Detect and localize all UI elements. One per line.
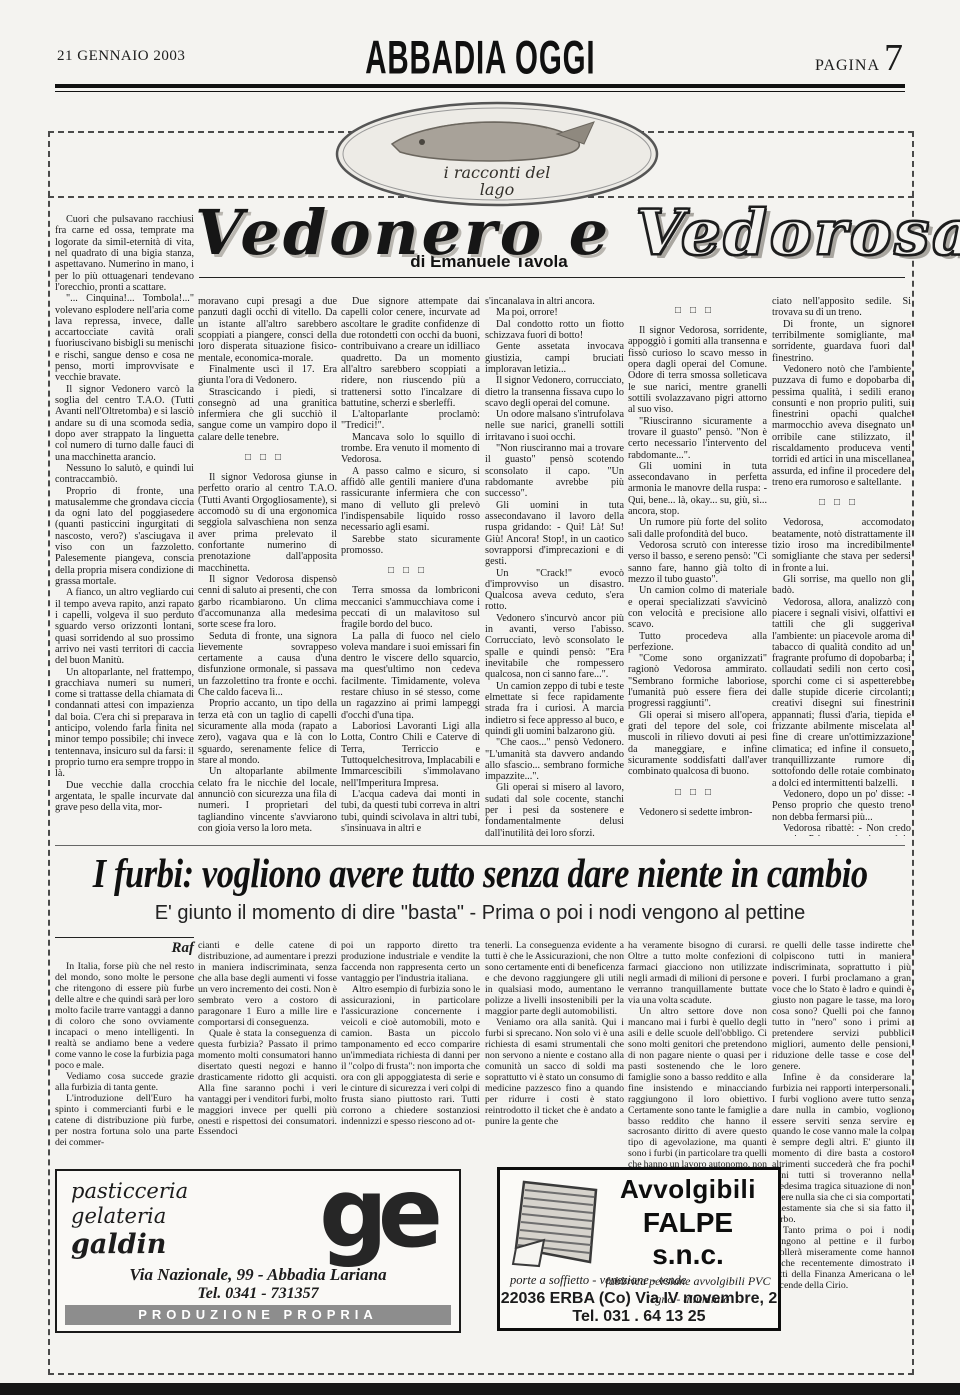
story-column-5: □□□Il signor Vedorosa, sorridente, appog… (628, 296, 767, 836)
paragraph: Vedorosa ribattè: - Non credo proprio. P… (772, 823, 911, 836)
paragraph: Un camion zeppo di tubi e teste elmettat… (485, 681, 624, 738)
paragraph: moravano cupi presagi a due panzuti dagl… (198, 296, 337, 364)
paragraph: Il signor Vedorosa dispensò cenni di sal… (198, 574, 337, 631)
section-separator: □□□ (198, 452, 337, 463)
paragraph: s'incanalava in altri ancora. (485, 296, 624, 307)
paragraph: Vedonero, dopo un po' disse: - Penso pro… (772, 789, 911, 823)
paragraph: L'altoparlante proclamò: "Tredici!". (341, 409, 480, 432)
paragraph: Veniamo ora alla sanità. Qui i furbi si … (485, 1018, 624, 1128)
galdin-line-galdin: galdin (71, 1229, 188, 1261)
story-column-6: ciato nell'apposito sedile. Si trovava s… (772, 296, 911, 836)
paragraph: "... Cinquina!... Tombola!..." volevano … (55, 293, 194, 384)
galdin-address: Via Nazionale, 99 - Abbadia Lariana (57, 1265, 459, 1285)
paragraph: Quale è stata la conseguenza di questa f… (198, 1029, 337, 1139)
paragraph: Il signor Vedorosa, sorridente, appoggiò… (628, 325, 767, 416)
paragraph: Vedonero si sedette imbron- (628, 807, 767, 818)
editorial-column-3: poi un rapporto diretto tra produzione i… (341, 941, 480, 1182)
paragraph: Gente assetata invocava giustizia, campi… (485, 341, 624, 375)
shutter-illustration (508, 1178, 603, 1275)
masthead-rule-thin (55, 91, 905, 92)
paragraph: La palla di fuoco nel cielo voleva manda… (341, 631, 480, 722)
paragraph: Un altro settore dove non mancano mai i … (628, 1007, 767, 1183)
headline-rule (55, 845, 905, 846)
paragraph: "Che caos..." pensò Vedonero. "L'umanità… (485, 737, 624, 782)
falpe-title-avvolgibili: Avvolgibili (604, 1174, 772, 1205)
editorial-column-2: cianti e delle catene di distribuzione, … (198, 941, 337, 1182)
paragraph: Gli uomini in tuta assecondavano il lavo… (485, 500, 624, 568)
paragraph: Vedorosa, allora, analizzò con piacere i… (772, 597, 911, 789)
editorial-subhead: E' giunto il momento di dire "basta" - P… (0, 902, 960, 925)
paragraph: "Non riusciranno mai a trovare il guasto… (485, 443, 624, 500)
paragraph: Tanto prima o poi i nodi vengono al pett… (772, 1226, 911, 1292)
galdin-line-gelateria: gelateria (71, 1204, 188, 1229)
paragraph: Un altoparlante, nel frattempo, gracchia… (55, 667, 194, 780)
paragraph: Sarebbe stato sicuramente promosso. (341, 534, 480, 557)
galdin-logo: ge (319, 1157, 433, 1269)
paragraph: Gli uomini in tuta assecondavano in perf… (628, 461, 767, 518)
paragraph: Proprio accanto, un tipo della terza età… (198, 698, 337, 766)
paragraph: A passo calmo e sicuro, si affidò alle g… (341, 466, 480, 534)
paragraph: Dal condotto rotto un fiotto schizzava f… (485, 319, 624, 342)
paragraph: Gli operai si misero al lavoro, sudati d… (485, 782, 624, 836)
story-column-4: s'incanalava in altri ancora.Ma poi, orr… (485, 296, 624, 836)
editorial-headline-text: I furbi: vogliono avere tutto senza dare… (93, 849, 868, 897)
galdin-phone: Tel. 0341 - 731357 (57, 1285, 459, 1303)
paragraph: Proprio di fronte, una matusalemme che g… (55, 486, 194, 588)
racconti-del-lago-logo: i racconti del lago (332, 100, 662, 208)
newspaper-page: 21 GENNAIO 2003 ABBADIA OGGI PAGINA 7 i … (0, 0, 960, 1395)
story-column-2: moravano cupi presagi a due panzuti dagl… (198, 296, 337, 836)
paragraph: Finalmente uscì il 17. Era giunta l'ora … (198, 364, 337, 387)
paragraph: Vedonero notò che l'ambiente puzzava di … (772, 364, 911, 488)
paragraph: poi un rapporto diretto tra produzione i… (341, 941, 480, 985)
story-column-3: Due signore attempate dai capelli color … (341, 296, 480, 836)
paragraph: Infine è da considerare la furbizia nei … (772, 1073, 911, 1227)
galdin-name-block: pasticceria gelateria galdin (71, 1179, 188, 1260)
page-number-block: PAGINA 7 (815, 36, 903, 80)
paragraph: Il signor Vedorosa giunse in perfetto or… (198, 472, 337, 574)
section-separator: □□□ (772, 497, 911, 508)
paragraph: Terra smossa da lombriconi meccanici s'a… (341, 585, 480, 630)
page-label: PAGINA (815, 57, 880, 74)
section-separator: □□□ (341, 565, 480, 576)
scan-edge-strip (0, 1383, 960, 1395)
falpe-sub-porte: porte a soffietto - veneziane - tende (510, 1273, 686, 1288)
galdin-line-pasticceria: pasticceria (71, 1179, 188, 1204)
paragraph: Vediamo cosa succede grazie alla furbizi… (55, 1072, 194, 1094)
paragraph: "Come sono organizzati" ragionò Vedorosa… (628, 653, 767, 710)
paragraph: Un camion colmo di materiale e operai sp… (628, 585, 767, 630)
masthead-rule-thick (55, 84, 905, 88)
section-separator: □□□ (628, 787, 767, 798)
paragraph: Laboriosi Lavoranti Ligi alla Lotta, Con… (341, 721, 480, 789)
story-title-vedorosa: Vedorosa (636, 196, 960, 269)
paragraph: Due signore attempate dai capelli color … (341, 296, 480, 409)
story-title: Vedonero e Vedorosa (195, 196, 910, 292)
paragraph: Due vecchie dalla crocchia argentata, le… (55, 780, 194, 814)
paragraph: Un "Crack!" evocò d'improvviso un disast… (485, 568, 624, 613)
paragraph: Vedonero s'incurvò ancor più in avanti, … (485, 613, 624, 681)
paragraph: cianti e delle catene di distribuzione, … (198, 941, 337, 1029)
paragraph: In Italia, forse più che nel resto del m… (55, 962, 194, 1072)
paragraph: Mancava solo lo squillo di trombe. Era v… (341, 432, 480, 466)
paragraph: re quelli delle tasse indirette che colp… (772, 941, 911, 1073)
paragraph: Di fronte, un signore terribilmente somi… (772, 319, 911, 364)
author-rule (55, 937, 194, 938)
paragraph: Vedorosa scrutò con interesse verso il b… (628, 540, 767, 585)
paragraph: Altro esempio di furbizia sono le assicu… (341, 985, 480, 1128)
paragraph: Strascicando i piedi, si consegnò ad una… (198, 387, 337, 444)
paragraph: ciato nell'apposito sedile. Si trovava s… (772, 296, 911, 319)
editorial-column-1: In Italia, forse più che nel resto del m… (55, 962, 194, 1182)
paragraph: "Riusciranno sicuramente a trovare il gu… (628, 416, 767, 461)
falpe-phone: Tel. 031 . 64 13 25 (500, 1308, 778, 1326)
logo-caption-line2: lago (480, 180, 515, 199)
paragraph: Un rumore più forte del solito salì dall… (628, 517, 767, 540)
ad-falpe: Avvolgibili FALPE s.n.c. fabbrica persia… (497, 1167, 781, 1331)
paragraph: Gli sorrise, ma quello non gli badò. (772, 574, 911, 597)
paragraph: Cuori che pulsavano racchiusi fra carne … (55, 214, 194, 293)
paragraph: Il signor Vedonero varcò la soglia del c… (55, 384, 194, 463)
paragraph: L'introduzione dell'Euro ha spinto i com… (55, 1094, 194, 1149)
paragraph: Tutto procedeva alla perfezione. (628, 631, 767, 654)
paragraph: Seduta di fronte, una signora lievemente… (198, 631, 337, 699)
section-separator: □□□ (628, 305, 767, 316)
paragraph: Nessuno lo salutò, e quindi lui contracc… (55, 463, 194, 486)
paragraph: ha veramente bisogno di curarsi. Oltre a… (628, 941, 767, 1007)
paragraph: Un altoparlante abilmente celato fra le … (198, 766, 337, 834)
story-column-1: Cuori che pulsavano racchiusi fra carne … (55, 214, 194, 836)
editorial-headline: I furbi: vogliono avere tutto senza dare… (0, 849, 960, 897)
paragraph: Vedorosa, accomodato beatamente, notò di… (772, 517, 911, 574)
ad-galdin: pasticceria gelateria galdin ge Via Nazi… (55, 1169, 461, 1333)
galdin-banner: PRODUZIONE PROPRIA (65, 1305, 451, 1325)
page-number: 7 (884, 37, 903, 79)
paragraph: Gli operai si misero all'opera, grati de… (628, 710, 767, 778)
paragraph: Ma poi, orrore! (485, 307, 624, 318)
newspaper-title-text: ABBADIA OGGI (365, 30, 595, 85)
editorial-author: Raf (55, 940, 194, 957)
paragraph: L'acqua cadeva dai monti in tubi, da que… (341, 789, 480, 834)
falpe-title-name: FALPE s.n.c. (604, 1207, 772, 1271)
fish-illustration: i racconti del lago (332, 100, 662, 208)
falpe-address: 22036 ERBA (Co) Via IV novembre, 2 (500, 1290, 778, 1308)
paragraph: Un odore malsano s'intrufolava nelle sue… (485, 409, 624, 443)
paragraph: A fianco, un altro vegliardo cui il temp… (55, 587, 194, 666)
editorial-column-6: re quelli delle tasse indirette che colp… (772, 941, 911, 1371)
paragraph: Il signor Vedonero, corrucciato, dietro … (485, 375, 624, 409)
paragraph: tenerli. La conseguenza evidente a tutti… (485, 941, 624, 1018)
